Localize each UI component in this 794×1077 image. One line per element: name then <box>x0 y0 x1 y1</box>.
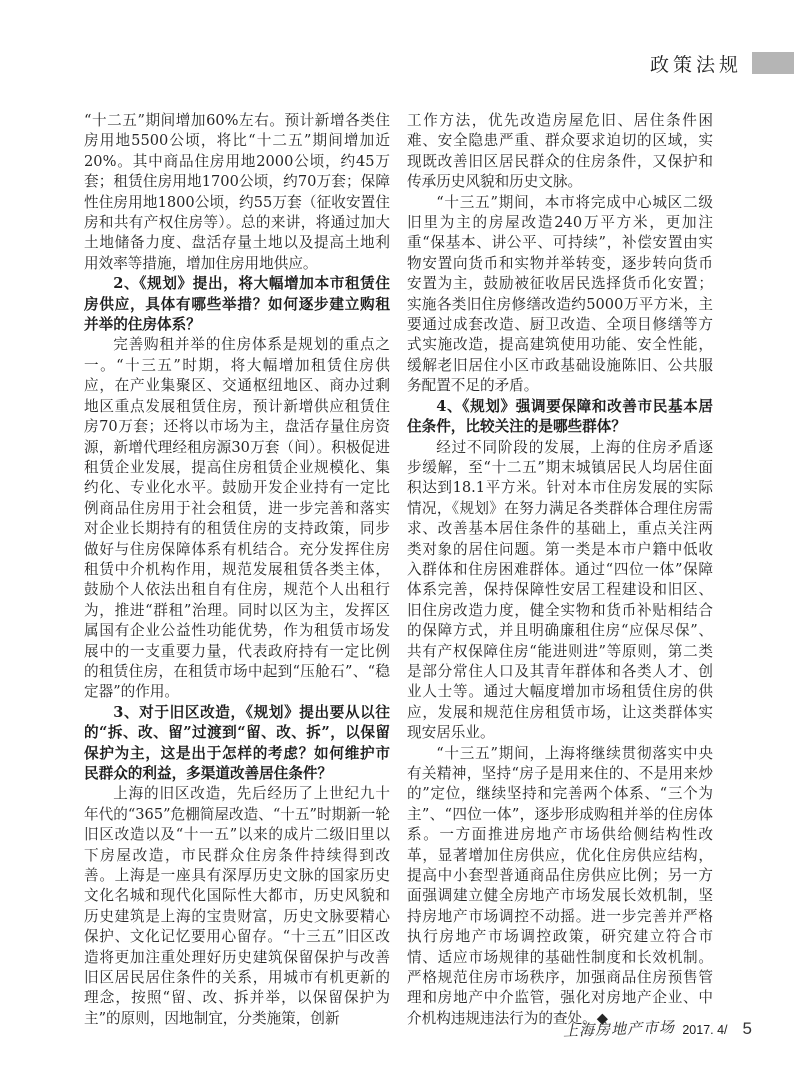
journal-script-logo: 上海房地产市场 <box>563 1016 676 1041</box>
paragraph-question: 3、对于旧区改造，《规划》提出要从以往的“拆、改、留”过渡到“留、改、拆”，以保… <box>84 703 390 785</box>
paragraph-question: 2、《规划》提出，将大幅增加本市租赁住房供应，具体有哪些举措？如何逐步建立购租并… <box>84 274 390 335</box>
paragraph: 经过不同阶段的发展，上海的住房矛盾逐步缓解，至“十二五”期末城镇居民人均居住面积… <box>407 438 713 744</box>
magazine-page: 政策法规 “十二五”期间增加60%左右。预计新增各类住房用地5500公顷，将比“… <box>0 0 794 1077</box>
paragraph: “十二五”期间增加60%左右。预计新增各类住房用地5500公顷，将比“十二五”期… <box>84 111 390 274</box>
left-column: “十二五”期间增加60%左右。预计新增各类住房用地5500公顷，将比“十二五”期… <box>84 111 390 1029</box>
header-accent-bar <box>752 52 794 74</box>
section-title: 政策法规 <box>650 50 742 77</box>
issue-date: 2017. 4/ <box>682 1023 727 1037</box>
page-number: 5 <box>743 1019 752 1039</box>
paragraph: 完善购租并举的住房体系是规划的重点之一。“十三五”时期，将大幅增加租赁住房供应，… <box>84 335 390 702</box>
page-footer: 上海房地产市场 2017. 4/ 5 <box>563 1018 752 1039</box>
page-header: 政策法规 <box>0 50 794 76</box>
paragraph: “十三五”期间，上海将继续贯彻落实中央有关精神，坚持“房子是用来住的、不是用来炒… <box>407 744 713 1030</box>
paragraph-question: 4、《规划》强调要保障和改善市民基本居住条件，比较关注的是哪些群体？ <box>407 397 713 438</box>
paragraph: 工作方法，优先改造房屋危旧、居住条件困难、安全隐患严重、群众要求迫切的区域，实现… <box>407 111 713 193</box>
article-body: “十二五”期间增加60%左右。预计新增各类住房用地5500公顷，将比“十二五”期… <box>84 111 714 1029</box>
paragraph: “十三五”期间，本市将完成中心城区二级旧里为主的房屋改造240万平方米，更加注重… <box>407 193 713 397</box>
paragraph: 上海的旧区改造，先后经历了上世纪九十年代的“365”危棚简屋改造、“十五”时期新… <box>84 784 390 1029</box>
right-column: 工作方法，优先改造房屋危旧、居住条件困难、安全隐患严重、群众要求迫切的区域，实现… <box>407 111 713 1029</box>
